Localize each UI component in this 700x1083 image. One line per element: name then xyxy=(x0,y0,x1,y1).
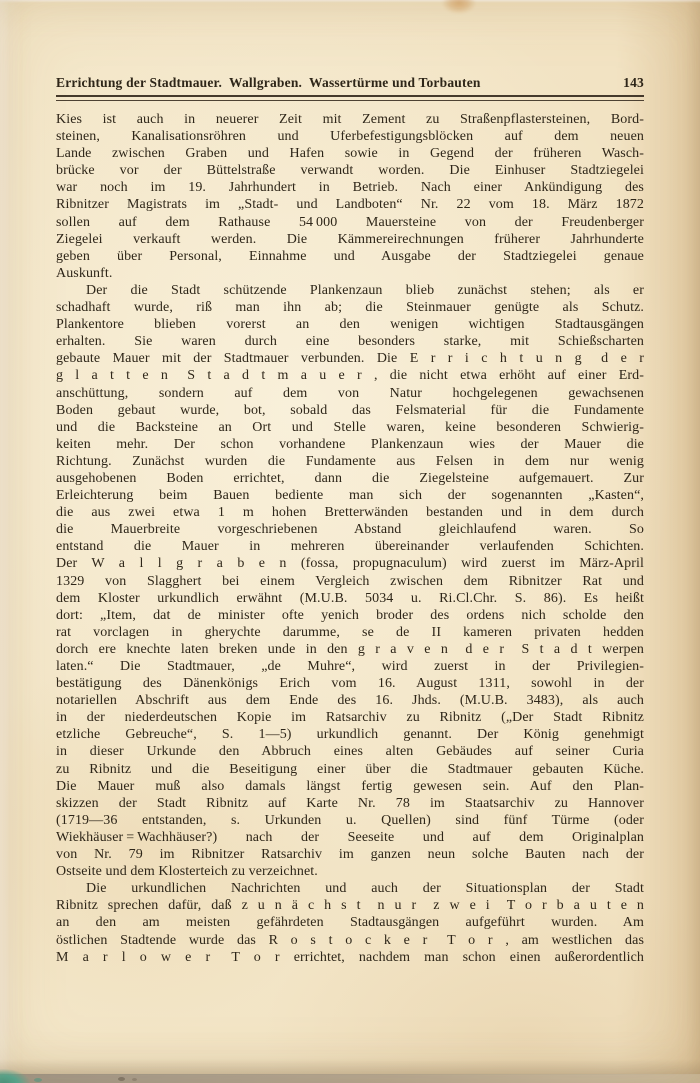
page-top-edge-highlight xyxy=(0,0,700,3)
text-line: geben über Personal, Einnahme und Ausgab… xyxy=(56,248,644,265)
text-line: an den am meisten gefährdeten Stadtausgä… xyxy=(56,914,644,931)
page-body: Kies ist auch in neuerer Zeit mit Zement… xyxy=(56,111,644,966)
text-line: östlichen Stadtende wurde das R o s t o … xyxy=(56,932,644,949)
teal-corner-mark xyxy=(0,1069,30,1083)
text-line: zu Ribnitz und die Beseitigung einer übe… xyxy=(56,761,644,778)
text-line: die Mauerbreite vorgeschriebenen Abstand… xyxy=(56,521,644,538)
text-line: Ribnitzer Magistrats im „Stadt- und Land… xyxy=(56,196,644,213)
text-line: in der niederdeutschen Kopie im Ratsarch… xyxy=(56,709,644,726)
text-line: Ribnitz sprechen dafür, daß z u n ä c h … xyxy=(56,897,644,914)
text-line: Richtung. Zunächst wurden die Fundamente… xyxy=(56,453,644,470)
text-line: war noch im 19. Jahrhundert in Betrieb. … xyxy=(56,179,644,196)
text-line: Die Mauer muß also damals längst fertig … xyxy=(56,778,644,795)
page-left-edge-highlight xyxy=(0,0,9,1083)
text-line: Boden gebaut wurde, bot, sobald das Fels… xyxy=(56,402,644,419)
paragraph: Der die Stadt schützende Plankenzaun bli… xyxy=(56,282,644,880)
text-line: Wiekhäuser = Wachhäuser?) nach der Seese… xyxy=(56,829,644,846)
text-line: die aus zwei etwa 1 m hohen Bretterwände… xyxy=(56,504,644,521)
paper-stain xyxy=(442,0,476,14)
page-number: 143 xyxy=(623,75,644,91)
text-line: Plankentore blieben vorerst an den wenig… xyxy=(56,316,644,333)
text-line: erhalten. Sie waren durch eine besonders… xyxy=(56,333,644,350)
text-line: Auskunft. xyxy=(56,265,644,282)
text-line: ausgehobenen Boden errichtet, dann die Z… xyxy=(56,470,644,487)
text-line: Der die Stadt schützende Plankenzaun bli… xyxy=(56,282,644,299)
text-line: dem Kloster urkundlich erwähnt (M.U.B. 5… xyxy=(56,590,644,607)
text-line: Erleichterung beim Bauen bediente man si… xyxy=(56,487,644,504)
text-line: Der W a l l g r a b e n (fossa, propugna… xyxy=(56,555,644,572)
running-header: Errichtung der Stadtmauer. Wallgraben. W… xyxy=(56,75,644,91)
paragraph: Kies ist auch in neuerer Zeit mit Zement… xyxy=(56,111,644,282)
bottom-edge-speck xyxy=(118,1077,125,1081)
bottom-edge-speck xyxy=(132,1078,137,1081)
bottom-edge-band xyxy=(0,1074,700,1083)
text-line: dorch ere knechte laten breken unde in d… xyxy=(56,641,644,658)
text-line: dort: „Item, dat de minister ofte yenich… xyxy=(56,607,644,624)
text-line: M a r l o w e r T o r errichtet, nachdem… xyxy=(56,949,644,966)
text-line: steinen, Kanalisationsröhren und Uferbef… xyxy=(56,128,644,145)
text-line: und die Backsteine an Ort und Stelle war… xyxy=(56,419,644,436)
text-line: von Nr. 79 im Ribnitzer Ratsarchiv im ga… xyxy=(56,846,644,863)
header-rule xyxy=(56,95,644,101)
text-line: sollen auf dem Rathause 54 000 Mauerstei… xyxy=(56,214,644,231)
running-header-title: Errichtung der Stadtmauer. Wallgraben. W… xyxy=(56,75,481,91)
text-line: (1719—36 entstanden, s. Urkunden u. Quel… xyxy=(56,812,644,829)
text-line: bestätigung des Dänenkönigs Erich vom 16… xyxy=(56,675,644,692)
text-line: Ziegelei verkauft werden. Die Kämmereire… xyxy=(56,231,644,248)
text-line: rat vorclagen in gherychte darumme, se d… xyxy=(56,624,644,641)
text-line: skizzen der Stadt Ribnitz auf Karte Nr. … xyxy=(56,795,644,812)
text-line: in dieser Urkunde den Abbruch eines alte… xyxy=(56,743,644,760)
bottom-edge-shadow xyxy=(0,1059,700,1075)
text-line: Kies ist auch in neuerer Zeit mit Zement… xyxy=(56,111,644,128)
text-line: entstand die Mauer in mehreren übereinan… xyxy=(56,538,644,555)
book-page: Errichtung der Stadtmauer. Wallgraben. W… xyxy=(0,0,700,1083)
text-line: anschüttung, sondern auf dem von Natur h… xyxy=(56,385,644,402)
text-line: g l a t t e n S t a d t m a u e r , die … xyxy=(56,367,644,384)
text-line: Lande zwischen Graben und Hafen sowie in… xyxy=(56,145,644,162)
text-line: laten.“ Die Stadtmauer, „de Muhre“, wird… xyxy=(56,658,644,675)
text-line: etzliche Gebreuche“, S. 1—5) urkundlich … xyxy=(56,726,644,743)
text-line: notariellen Abschrift aus dem Ende des 1… xyxy=(56,692,644,709)
teal-corner-dot xyxy=(34,1078,42,1082)
text-line: 1329 von Slagghert bei einem Vergleich z… xyxy=(56,573,644,590)
text-line: gebaute Mauer mit der Stadtmauer verbund… xyxy=(56,350,644,367)
paragraph: Die urkundlichen Nachrichten und auch de… xyxy=(56,880,644,965)
text-line: Ostseite und dem Klosterteich zu verzeic… xyxy=(56,863,644,880)
text-line: keiten mehr. Der schon vorhandene Planke… xyxy=(56,436,644,453)
text-line: schadhaft wurde, riß man ihn ab; die Ste… xyxy=(56,299,644,316)
text-line: brücke vor der Büttelstraße verwandt wor… xyxy=(56,162,644,179)
text-line: Die urkundlichen Nachrichten und auch de… xyxy=(56,880,644,897)
